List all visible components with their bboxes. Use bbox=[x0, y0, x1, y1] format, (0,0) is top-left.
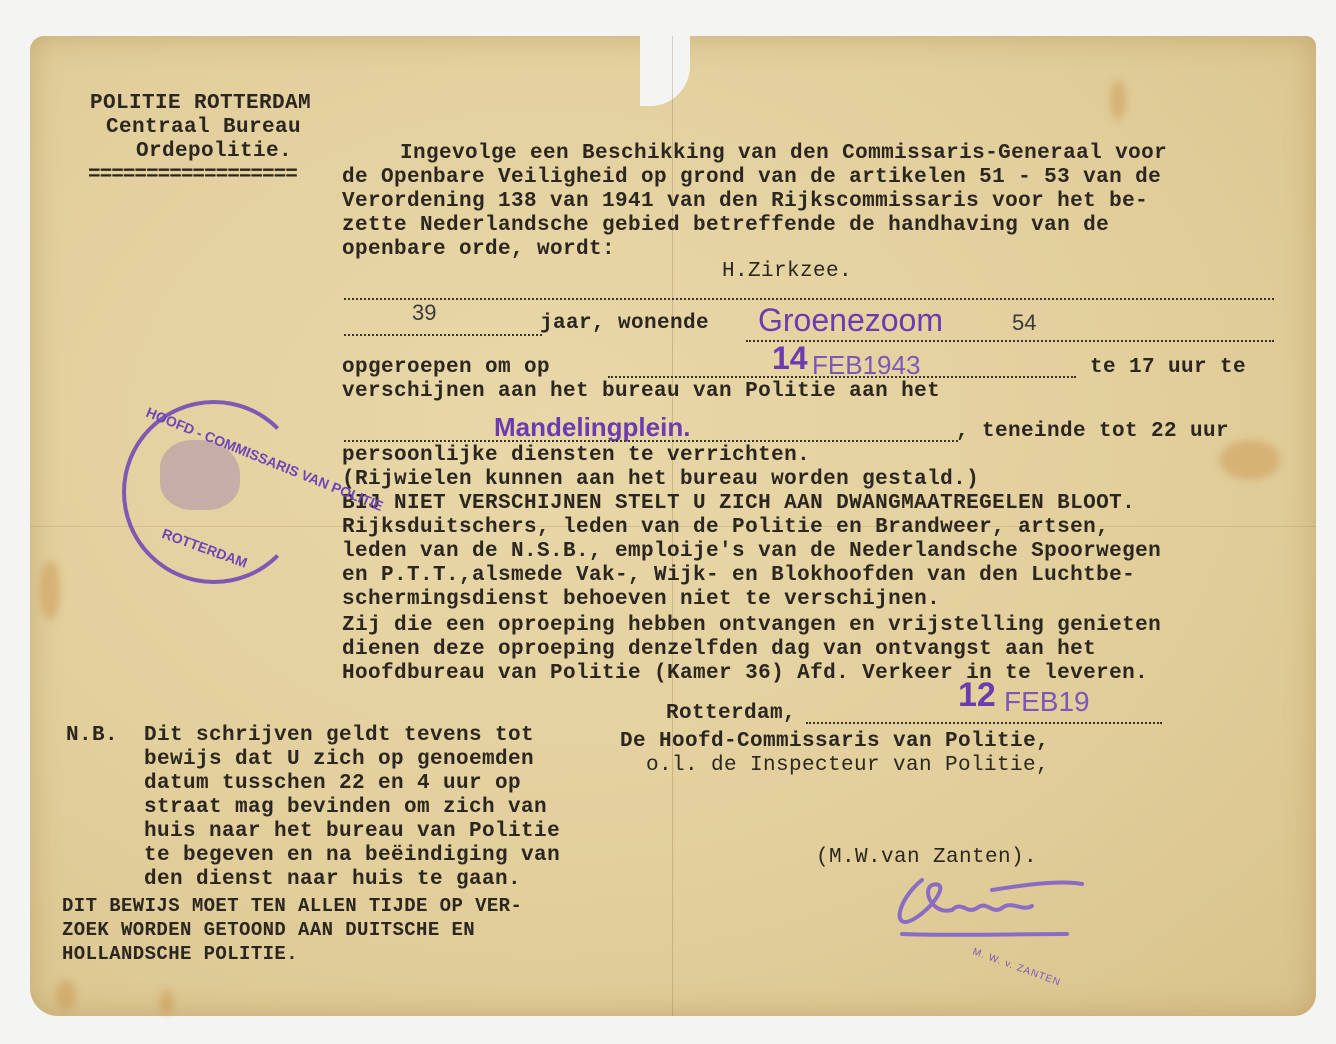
header-rule: ================== bbox=[88, 164, 297, 188]
nb-warning-line-3: HOLLANDSCHE POLITIE. bbox=[62, 942, 298, 966]
intro-line-1: Ingevolge een Beschikking van den Commis… bbox=[400, 142, 1167, 166]
nb-line-5: huis naar het bureau van Politie bbox=[144, 820, 560, 844]
header-authority: POLITIE ROTTERDAM bbox=[90, 92, 311, 116]
house-number: 54 bbox=[1012, 310, 1036, 336]
stain bbox=[160, 990, 174, 1014]
body-line-7: Zij die een oproeping hebben ontvangen e… bbox=[342, 614, 1161, 638]
nb-label: N.B. bbox=[66, 724, 118, 748]
signatory-name: (M.W.van Zanten). bbox=[816, 846, 1037, 870]
issue-date-fill-line bbox=[806, 722, 1162, 724]
hour-text: te 17 uur te bbox=[1090, 356, 1246, 380]
stain bbox=[40, 560, 60, 620]
nb-line-6: te begeven en na beëindiging van bbox=[144, 844, 560, 868]
header-department: Ordepolitie. bbox=[136, 140, 292, 164]
duty-line: persoonlijke diensten te verrichten. bbox=[342, 444, 810, 468]
intro-line-5: openbare orde, wordt: bbox=[342, 238, 615, 262]
address-fill-line bbox=[746, 340, 1274, 342]
body-line-2: BIJ NIET VERSCHIJNEN STELT U ZICH AAN DW… bbox=[342, 492, 1135, 516]
nb-line-7: den dienst naar huis te gaan. bbox=[144, 868, 521, 892]
signatory-subtitle: o.l. de Inspecteur van Politie, bbox=[646, 754, 1049, 778]
handwritten-signature bbox=[892, 870, 1092, 950]
nb-line-3: datum tusschen 22 en 4 uur op bbox=[144, 772, 521, 796]
stain bbox=[56, 980, 76, 1010]
body-line-1: (Rijwielen kunnen aan het bureau worden … bbox=[342, 468, 979, 492]
person-name: H.Zirkzee. bbox=[722, 260, 852, 284]
body-line-3: Rijksduitschers, leden van de Politie en… bbox=[342, 516, 1109, 540]
body-line-6: schermingsdienst behoeven niet te versch… bbox=[342, 588, 940, 612]
nb-line-2: bewijs dat U zich op genoemden bbox=[144, 748, 534, 772]
stain bbox=[1220, 440, 1280, 480]
intro-line-2: de Openbare Veiligheid op grond van de a… bbox=[342, 166, 1161, 190]
body-line-5: en P.T.T.,alsmede Vak-, Wijk- en Blokhoo… bbox=[342, 564, 1135, 588]
intro-line-3: Verordening 138 van 1941 van den Rijksco… bbox=[342, 190, 1148, 214]
nb-warning-line-2: ZOEK WORDEN GETOOND AAN DUITSCHE EN bbox=[62, 918, 475, 942]
stain bbox=[1110, 80, 1126, 120]
age-label: jaar, wonende bbox=[540, 312, 709, 336]
street-stamp: Groenezoom bbox=[758, 302, 943, 339]
called-label: opgeroepen om op bbox=[342, 356, 550, 380]
bureau-location-stamp: Mandelingplein. bbox=[494, 412, 690, 443]
appear-line: verschijnen aan het bureau van Politie a… bbox=[342, 380, 940, 404]
person-age: 39 bbox=[412, 300, 436, 326]
nb-warning-line-1: DIT BEWIJS MOET TEN ALLEN TIJDE OP VER- bbox=[62, 894, 522, 918]
body-line-8: dienen deze oproeping denzelfden dag van… bbox=[342, 638, 1096, 662]
intro-line-4: zette Nederlandsche gebied betreffende d… bbox=[342, 214, 1109, 238]
header-bureau: Centraal Bureau bbox=[106, 116, 301, 140]
signatory-title: De Hoofd-Commissaris van Politie, bbox=[620, 730, 1049, 754]
date-fill-line bbox=[608, 376, 1076, 378]
issue-date-stamp-day: 12 bbox=[958, 676, 996, 715]
nb-line-4: straat mag bevinden om zich van bbox=[144, 796, 547, 820]
name-fill-line bbox=[344, 298, 1274, 300]
body-line-9: Hoofdbureau van Politie (Kamer 36) Afd. … bbox=[342, 662, 1148, 686]
issue-date-stamp-rest: FEB19 bbox=[1004, 686, 1090, 718]
age-fill-line bbox=[344, 334, 542, 336]
appointment-date-stamp-day: 14 bbox=[772, 340, 808, 377]
until-text: , teneinde tot 22 uur bbox=[956, 420, 1229, 444]
nb-line-1: Dit schrijven geldt tevens tot bbox=[144, 724, 534, 748]
place-label: Rotterdam, bbox=[666, 702, 796, 726]
location-fill-line bbox=[344, 440, 958, 442]
body-line-4: leden van de N.S.B., emploije's van de N… bbox=[342, 540, 1161, 564]
